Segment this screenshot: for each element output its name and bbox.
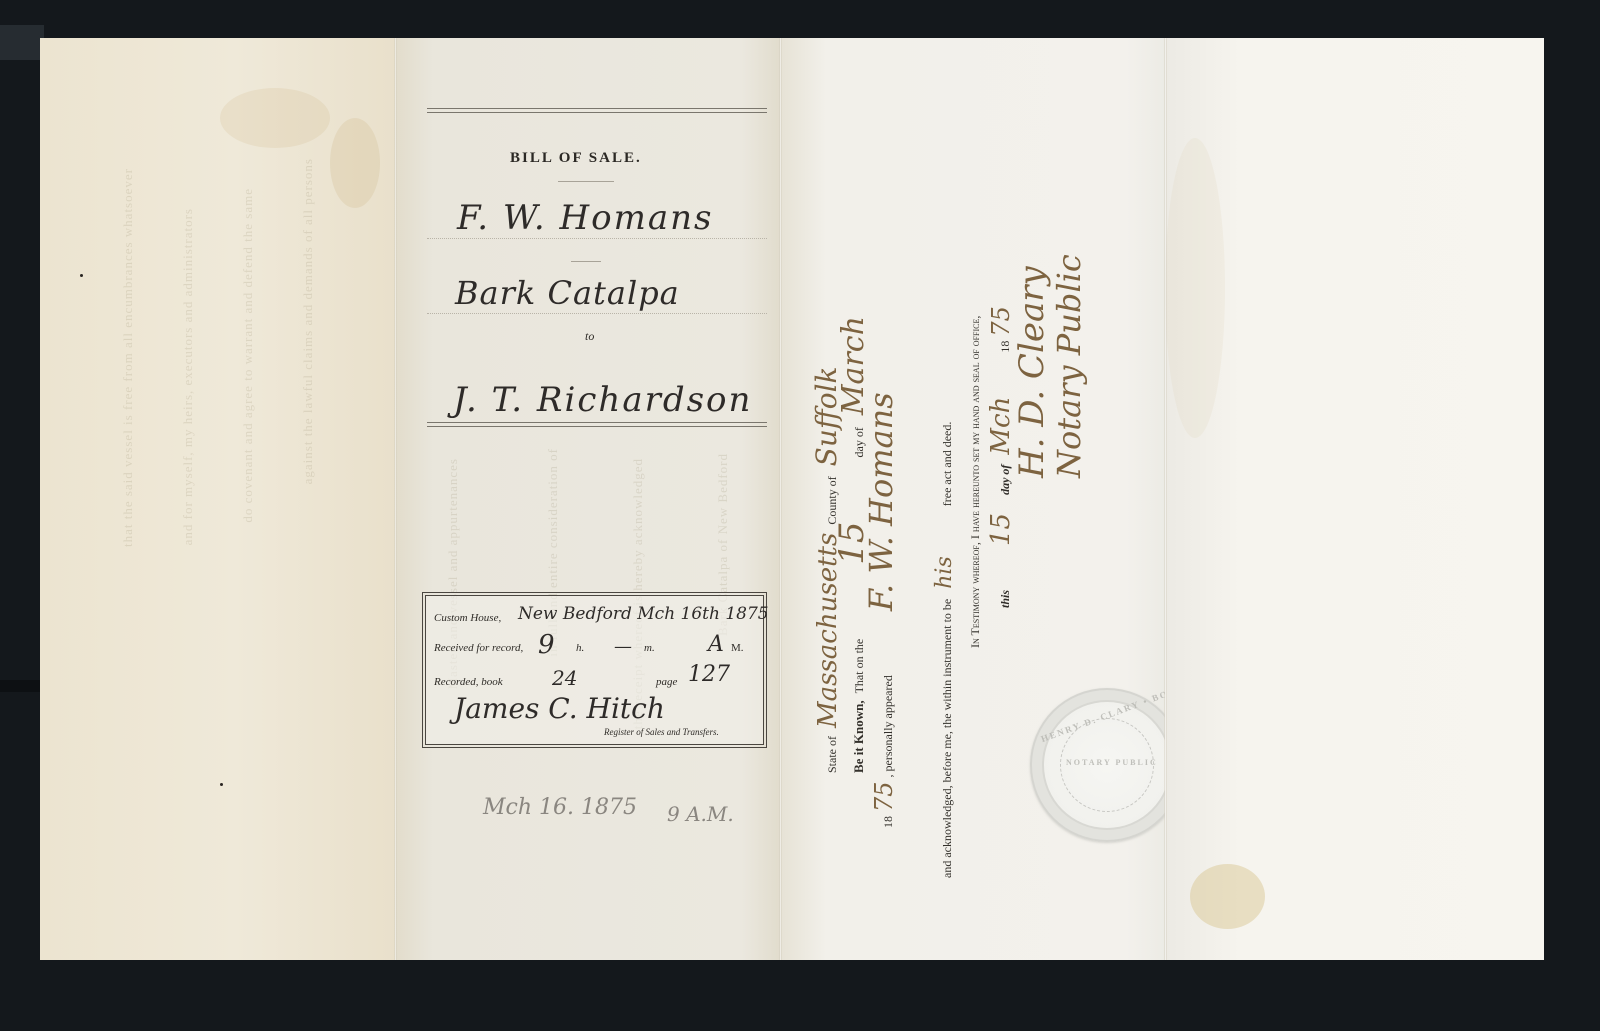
fold-line [1164, 38, 1167, 960]
appeared-name: F. W. Homans [862, 392, 900, 611]
notary-title: Notary Public [1050, 254, 1088, 478]
hour-label: h. [576, 642, 584, 654]
vessel-name: Bark Catalpa [455, 274, 680, 312]
document-title: BILL OF SALE. [510, 150, 642, 167]
testimony-day: 15 [986, 513, 1016, 546]
pencil-note-date: Mch 16. 1875 [483, 795, 637, 820]
scanner-bed-stripe [0, 25, 44, 60]
to-label: to [585, 329, 594, 344]
stain [330, 118, 380, 208]
page-number: 127 [688, 662, 730, 687]
mid-double-rule [427, 422, 767, 427]
received-hour: 9 [538, 630, 555, 660]
show-through-text: that the said vessel is free from all en… [120, 168, 136, 547]
received-label: Received for record, [434, 642, 523, 654]
register-signature: James C. Hitch [454, 692, 665, 725]
fold-line [394, 38, 397, 960]
show-through-text: and for myself, my heirs, executors and … [180, 208, 196, 545]
personally-appeared-line: 18 75 , personally appeared F. W. Homans [862, 392, 900, 828]
minute-label: m. [644, 642, 655, 654]
register-caption: Register of Sales and Transfers. [604, 727, 719, 737]
pronoun: his [932, 556, 957, 589]
testimony-day-of: day of [998, 465, 1012, 495]
divider [558, 181, 614, 182]
book-number: 24 [552, 666, 577, 690]
seal-inner-text: NOTARY PUBLIC [1066, 758, 1158, 767]
line [427, 238, 767, 239]
back-panel-left: that the said vessel is free from all en… [40, 38, 395, 960]
fold-line [779, 38, 782, 960]
free-act: free act and deed. [940, 422, 954, 507]
testimony-text: In Testimony whereof, I have hereunto se… [968, 316, 982, 648]
notary-embossed-seal: HENRY D. CLARY • BOSTON • NOTARY PUBLIC [1030, 688, 1165, 842]
testimony-year-suffix: 75 [987, 306, 1015, 337]
year-prefix: 18 [881, 816, 895, 828]
acknowledged-text: and acknowledged, before me, the within … [940, 599, 954, 878]
acknowledgment-panel: State of Massachusetts County of Suffolk… [780, 38, 1165, 960]
pencil-note-time: 9 A.M. [667, 802, 734, 826]
cover-panel: BILL OF SALE. F. W. Homans Bark Catalpa … [395, 38, 780, 960]
meridiem: A [708, 632, 724, 657]
acknowledged-line: and acknowledged, before me, the within … [932, 422, 957, 878]
speck [80, 274, 83, 277]
from-party: F. W. Homans [457, 198, 714, 238]
this-label: this [998, 590, 1012, 608]
water-stain [1190, 864, 1265, 929]
testimony-year-prefix: 18 [998, 341, 1012, 353]
page-label: page [656, 676, 677, 688]
notary-signature-line: H. D. Cleary [1012, 266, 1052, 478]
document-sheet: that the said vessel is free from all en… [40, 38, 1544, 960]
personally-appeared: , personally appeared [881, 675, 895, 777]
received-minute: — [614, 636, 632, 657]
stain [1165, 138, 1225, 438]
meridiem-suffix: M. [731, 642, 744, 654]
speck [220, 783, 223, 786]
show-through-text: against the lawful claims and demands of… [300, 158, 316, 484]
recorded-label: Recorded, book [434, 676, 503, 688]
custom-house-label: Custom House, [434, 612, 501, 624]
notary-name: H. D. Cleary [1012, 266, 1052, 478]
top-double-rule [427, 108, 767, 113]
stain [220, 88, 330, 148]
testimony-line: In Testimony whereof, I have hereunto se… [966, 316, 984, 648]
back-panel-right [1165, 38, 1544, 960]
show-through-text: do covenant and agree to warrant and def… [240, 188, 256, 523]
custom-house-record-box: Custom House, New Bedford Mch 16th 1875 … [425, 595, 764, 745]
notary-title-line: Notary Public [1050, 254, 1088, 478]
year-suffix: 75 [870, 781, 898, 812]
to-party: J. T. Richardson [453, 380, 752, 420]
custom-house-value: New Bedford Mch 16th 1875 [518, 604, 769, 624]
scanner-bed-stripe [0, 680, 44, 692]
divider [571, 261, 601, 262]
line [427, 313, 767, 314]
